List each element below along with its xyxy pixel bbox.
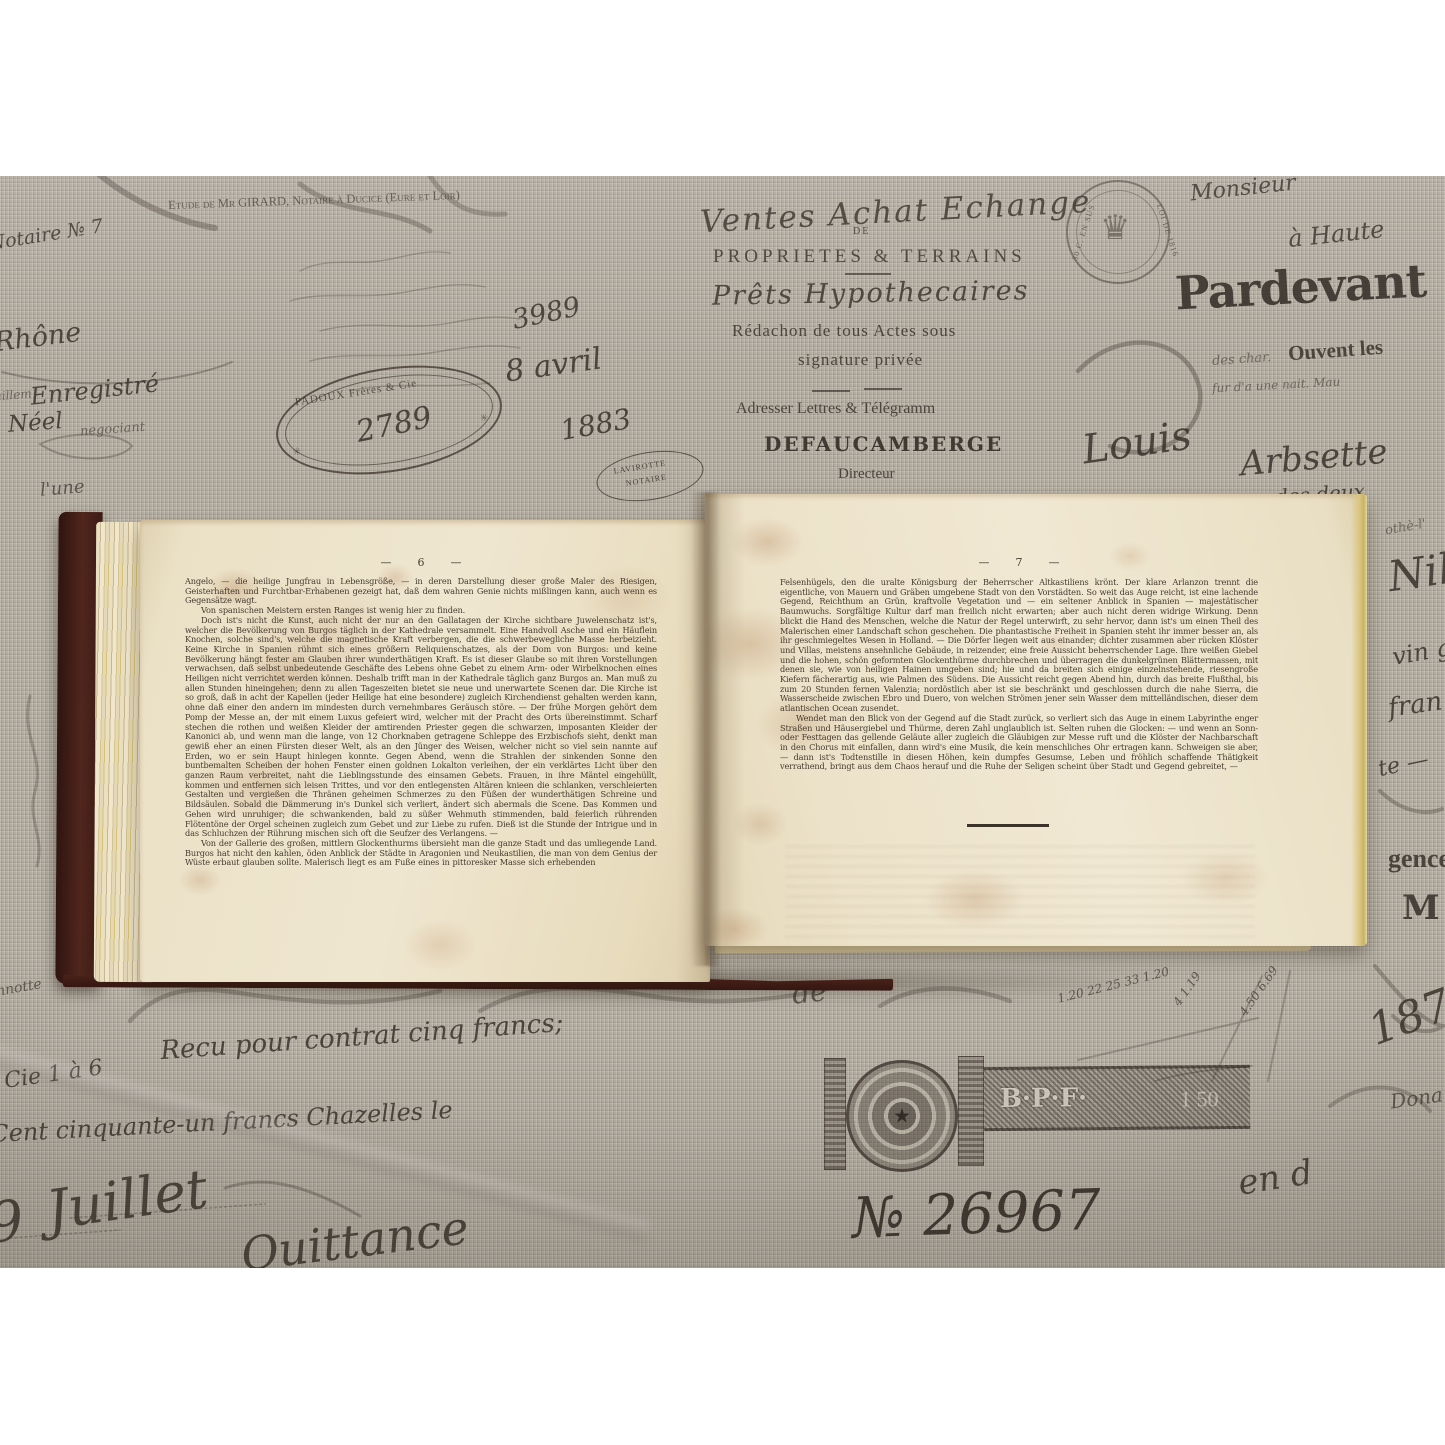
book-page-right: — 7 — Felsenhügels, den die uralte König…: [705, 494, 1367, 946]
paragraph: Wendet man den Blick von der Gegend auf …: [780, 714, 1258, 772]
page-number-7: 7: [1016, 556, 1023, 569]
section-divider-rule: [967, 824, 1049, 827]
handwriting-fine-line: fur d'a une nait. Mau: [1212, 375, 1341, 396]
crown-eagle-emblem-icon: ♛: [1100, 208, 1130, 248]
stamp-padoux-star-left: ✳: [292, 446, 302, 458]
handwriting-date-8-avril: 8 avril: [503, 341, 604, 389]
revenue-stamp-bpf: B·P·F·: [1000, 1083, 1087, 1114]
header-dash: —: [1049, 556, 1060, 569]
handwriting-a-haute: à Haute: [1287, 215, 1386, 253]
paragraph: Von der Gallerie des großen, mittlern Gl…: [185, 839, 657, 868]
page-number-6: 6: [418, 556, 425, 569]
handwriting-rhone: Rhône: [0, 317, 83, 358]
fabric-print-pardevant: Pardevant: [1174, 253, 1428, 320]
handwriting-uillem: uillem: [0, 386, 32, 403]
handwriting-nil: Nil: [1385, 544, 1445, 601]
revenue-stamp-amount: 1 50: [1180, 1086, 1219, 1112]
page-7-header: — 7 —: [780, 556, 1258, 569]
paragraph: Felsenhügels, den die uralte Königsburg …: [780, 578, 1258, 714]
open-book: — 6 — Angelo, — die heilige Jungfrau in …: [55, 486, 1373, 991]
handwriting-neel: Néel: [7, 408, 63, 438]
handwriting-year-1883: 1883: [558, 402, 634, 447]
handwriting-dona: Dona: [1389, 1082, 1445, 1113]
fabric-print-girard: Etude de Mr GIRARD, Notaire à Ducice (Eu…: [168, 188, 460, 213]
paragraph: Angelo, — die heilige Jungfrau in Lebens…: [185, 577, 657, 606]
handwriting-monsieur: Monsieur: [1189, 176, 1297, 206]
revenue-stamp-left-bar: [824, 1058, 846, 1170]
handwriting-othe: othè-l': [1384, 517, 1427, 539]
fabric-print-divider-1: [845, 273, 891, 275]
handwriting-numero-26967: № 26967: [851, 1178, 1102, 1252]
header-dash: —: [451, 556, 462, 569]
fabric-print-ouvent-les: Ouvent les: [1287, 335, 1384, 367]
handwriting-juillet: Juillet: [42, 1157, 211, 1242]
medallion-rosette-icon: ★: [893, 1104, 911, 1128]
handwriting-recu-pour-contrat: Recu pour contrat cinq francs;: [159, 1008, 564, 1066]
fabric-print-prets-hypothecaires: Prêts Hypothecaires: [712, 275, 1030, 312]
photo-canvas: Etude de Mr GIRARD, Notaire à Ducice (Eu…: [0, 0, 1445, 1445]
fabric-print-adresser: Adresser Lettres & Télégramm: [736, 400, 935, 418]
header-dash: —: [381, 556, 392, 569]
stamp-padoux-star-right: ✳: [479, 413, 489, 425]
handwriting-quittance: Quittance: [238, 1200, 472, 1268]
handwriting-des-char: des char.: [1212, 350, 1272, 369]
fabric-print-defaucamberge: DEFAUCAMBERGE: [764, 432, 1003, 456]
fabric-print-ventes-achat-echange: Ventes Achat Echange: [699, 184, 1092, 240]
fabric-print-divider-2b: [864, 388, 902, 390]
handwriting-louis: Louis: [1079, 413, 1194, 474]
fabric-print-de: DE: [853, 226, 870, 237]
handwriting-negociant: negociant: [80, 420, 146, 439]
stamp-round-seal: ♛ 30 C. EN SUS LOI DE 1816: [1066, 180, 1170, 284]
handwriting-fran: fran: [1386, 686, 1444, 723]
handwriting-year-187: 187: [1362, 979, 1445, 1056]
page-6-header: — 6 —: [185, 556, 657, 569]
handwriting-te: te —: [1376, 747, 1431, 782]
show-through-ghost-text: [785, 842, 1255, 938]
paragraph: Doch ist's nicht die Kunst, auch nicht d…: [185, 616, 657, 839]
revenue-stamp-medallion: ★: [846, 1060, 958, 1172]
fabric-print-directeur: Directeur: [838, 466, 895, 483]
stamp-padoux-oval: PADOUX Frères & Cie 2789 ✳ ✳: [268, 351, 509, 489]
handwriting-number-3989: 3989: [510, 291, 584, 336]
handwriting-notaire-no: Notaire № 7: [0, 215, 105, 255]
handwriting-vin-g: vin g: [1390, 633, 1445, 671]
handwriting-nnotte: nnotte: [0, 976, 43, 1000]
fabric-print-proprietes-terrains: PROPRIETES & TERRAINS: [713, 246, 1026, 268]
fabric-print-redaction: Rédachon de tous Actes sous: [732, 321, 956, 341]
photograph-of-book-on-fabric: Etude de Mr GIRARD, Notaire à Ducice (Eu…: [0, 176, 1445, 1268]
header-dash: —: [979, 556, 990, 569]
handwriting-enregistre: Enregistré: [29, 369, 161, 410]
book-gutter-shadow: [691, 492, 721, 966]
page-6-text: Angelo, — die heilige Jungfrau in Lebens…: [185, 577, 657, 868]
handwriting-neuf: 9: [0, 1188, 27, 1256]
revenue-stamp-right-bar: [958, 1056, 984, 1166]
fabric-print-signature-privee: signature privée: [798, 350, 923, 370]
fabric-print-divider-2a: [812, 390, 850, 392]
handwriting-arbsette: Arbsette: [1239, 432, 1390, 485]
handwriting-en-d: en d: [1235, 1152, 1315, 1203]
fabric-print-gence: gence: [1388, 844, 1445, 874]
page-7-text: Felsenhügels, den die uralte Königsburg …: [780, 578, 1258, 772]
book-page-left: — 6 — Angelo, — die heilige Jungfrau in …: [140, 520, 710, 982]
revenue-stamp-band: B·P·F· 1 50: [984, 1065, 1251, 1131]
fabric-print-m-partial: M: [1402, 888, 1440, 928]
